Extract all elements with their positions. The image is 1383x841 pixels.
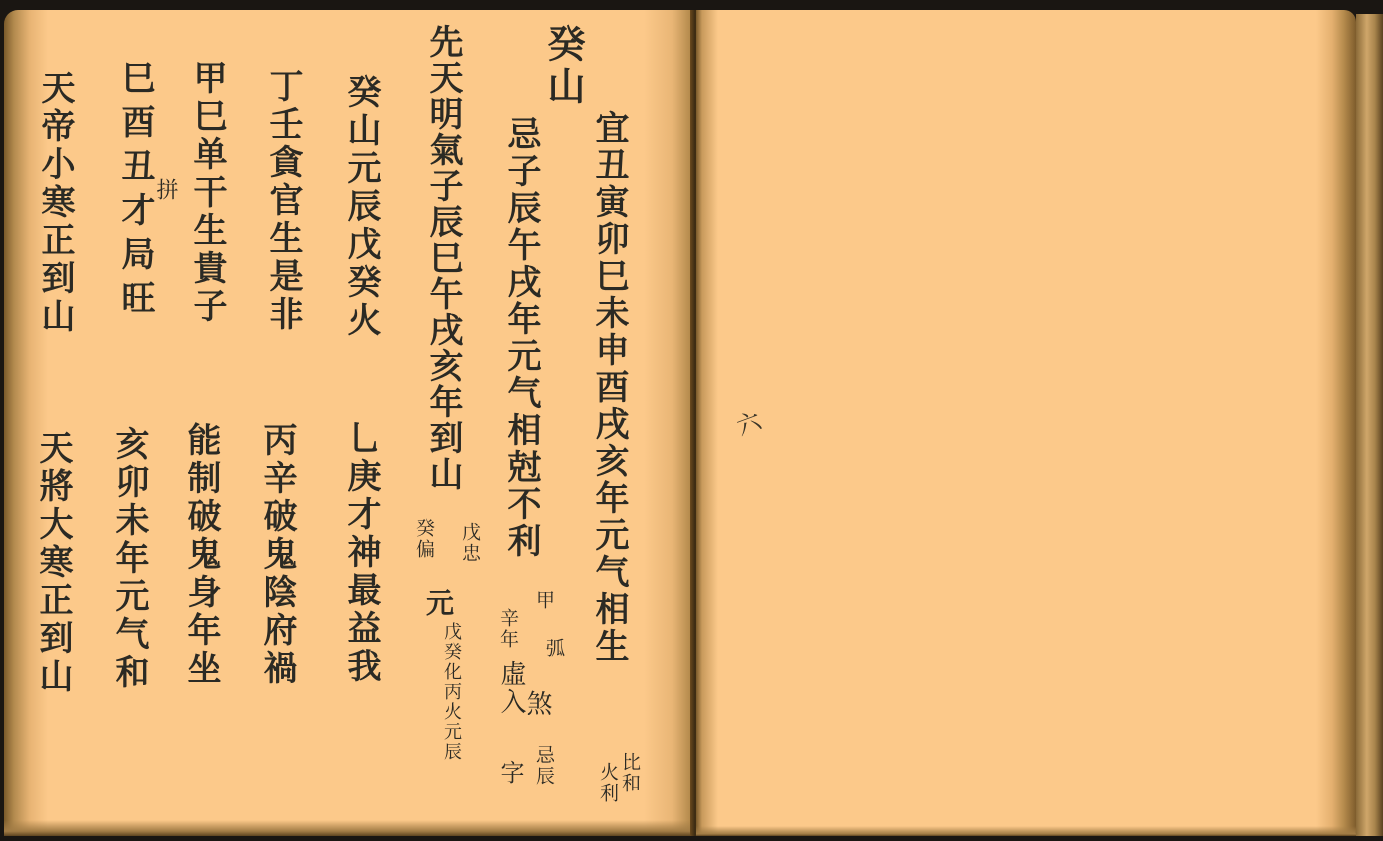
right-page: 六 [696,10,1356,836]
note-2c: 弧 [544,638,563,659]
text-column-6-bottom: 能制破鬼身年坐 [184,422,218,688]
note-2b: 辛年 [498,608,517,650]
note-2d: 虛入 [498,660,524,716]
text-column-7-bottom: 亥卯未年元气和 [112,426,146,692]
note-2a: 甲 [534,590,553,611]
stray-mark: 六 [731,401,766,442]
text-column-5-bottom: 丙辛破鬼陰府禍 [260,422,294,688]
left-page: 癸山 宜丑寅卯巳未申酉戌亥年元气相生 比和 火利 忌子辰午戌年元气相尅不利 甲 … [4,10,696,836]
text-column-7-top: 巳酉丑才局旺 [118,60,152,324]
note-3b: 癸偏 [414,518,433,560]
text-column-3: 先天明氣子辰巳午戌亥年到山 [426,24,460,492]
text-column-1: 宜丑寅卯巳未申酉戌亥年元气相生 [592,110,626,665]
note-1a: 比和 [620,752,639,794]
text-column-8-top: 天帝小寒正到山 [38,70,72,336]
note-7a: 拼 [154,178,176,202]
note-1b: 火利 [598,762,617,804]
note-3d: 戊癸化丙火元辰 [442,622,460,762]
note-2e: 煞 [524,690,550,718]
note-2f: 忌辰 [534,745,553,787]
page-heading: 癸山 [544,24,582,108]
note-3c: 元 [424,588,452,618]
text-column-4-top: 癸山元辰戊癸火 [344,74,378,340]
text-column-4-bottom: 乚庚才神最益我 [344,420,378,686]
text-column-6-top: 甲巳单干生貴子 [190,60,224,326]
text-column-5-top: 丁壬貪官生是非 [266,68,300,334]
note-2g: 字 [498,760,522,786]
text-column-8-bottom: 天將大寒正到山 [36,430,70,696]
note-3a: 戊忠 [460,522,479,564]
text-column-2: 忌子辰午戌年元气相尅不利 [504,116,538,560]
manuscript-spread: 癸山 宜丑寅卯巳未申酉戌亥年元气相生 比和 火利 忌子辰午戌年元气相尅不利 甲 … [0,0,1383,841]
page-edges [1356,14,1383,836]
